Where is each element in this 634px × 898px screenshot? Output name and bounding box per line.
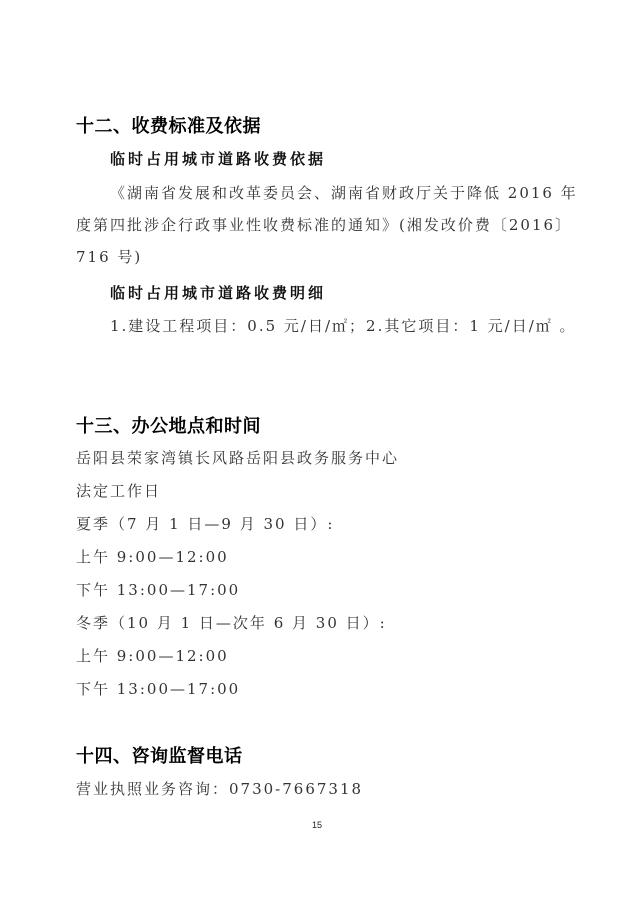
fee-detail: 1.建设工程项目：0.5 元/日/㎡；2.其它项目：1 元/日/㎡ 。 [110, 315, 577, 336]
subheading-fee-detail: 临时占用城市道路收费明细 [110, 282, 326, 303]
consult-phone: 营业执照业务咨询：0730-7667318 [76, 778, 363, 799]
subheading-fee-basis: 临时占用城市道路收费依据 [110, 148, 326, 169]
basis-line-1: 《湖南省发展和改革委员会、湖南省财政厅关于降低 2016 年 [110, 182, 578, 203]
summer-period: 夏季（7 月 1 日—9 月 30 日）: [76, 513, 334, 534]
heading-office-location-hours: 十三、办公地点和时间 [76, 412, 261, 438]
basis-line-3: 716 号) [76, 246, 142, 267]
summer-morning: 上午 9:00—12:00 [76, 546, 229, 567]
winter-period: 冬季（10 月 1 日—次年 6 月 30 日）: [76, 612, 387, 633]
summer-afternoon: 下午 13:00—17:00 [76, 579, 240, 600]
heading-fee-standard: 十二、收费标准及依据 [76, 112, 261, 138]
heading-consult-phone: 十四、咨询监督电话 [76, 742, 243, 768]
winter-morning: 上午 9:00—12:00 [76, 645, 229, 666]
winter-afternoon: 下午 13:00—17:00 [76, 678, 240, 699]
basis-line-2: 度第四批涉企行政事业性收费标准的通知》(湘发改价费〔2016〕 [76, 214, 572, 235]
page-number: 15 [0, 820, 634, 830]
office-address: 岳阳县荣家湾镇长风路岳阳县政务服务中心 [76, 447, 399, 468]
working-days: 法定工作日 [76, 480, 161, 501]
